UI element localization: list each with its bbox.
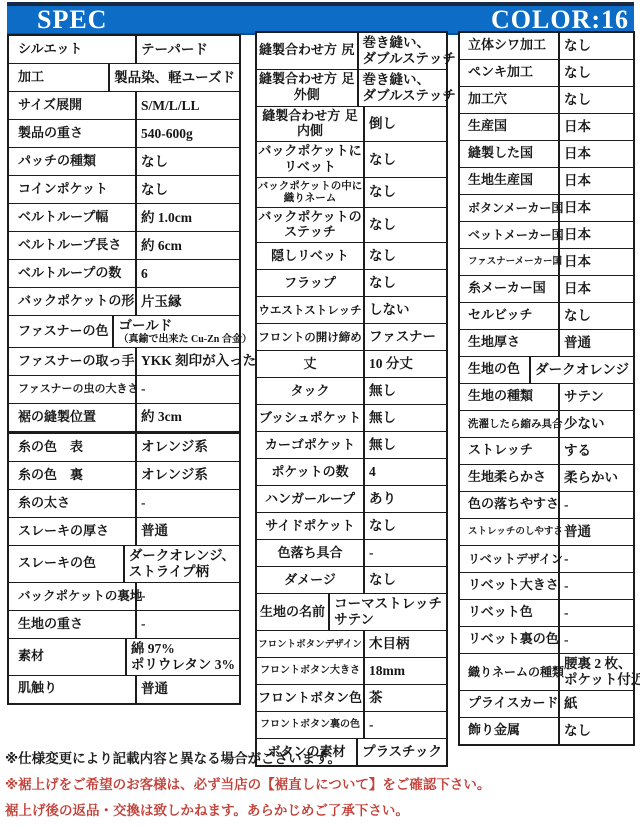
spec-label-text: ベルトループ長さ [18, 238, 121, 253]
spec-label-text: 糸メーカー国 [468, 281, 546, 296]
spec-label-text: ボタンメーカー国 [468, 201, 563, 215]
spec-label-text: フロントボタン大きさ [260, 665, 360, 677]
note-line: 裾上げ後の返品・交換は致しかねます。あらかじめご了承下さい。 [5, 803, 636, 820]
spec-value-text: - [564, 632, 569, 648]
spec-value-text: なし [369, 217, 396, 233]
spec-label: リベットデザイン [460, 546, 560, 572]
spec-label-text: プライスカード [468, 696, 558, 711]
spec-label-text: 生地の重さ [18, 617, 83, 632]
spec-value: 約 3cm [137, 404, 239, 431]
spec-label: 洗濯したら縮み具合 [460, 411, 560, 437]
spec-value: 日本 [560, 195, 633, 221]
spec-label: 生地の名前 [257, 594, 330, 630]
spec-label-text: 隠しリベット [271, 249, 349, 264]
spec-row: 加工穴なし [460, 87, 633, 114]
color-number-label: COLOR:16 [491, 7, 634, 33]
spec-value: ファスナー [365, 324, 446, 350]
spec-row: 生地生産国日本 [460, 168, 633, 195]
spec-value-text: S/M/L/LL [141, 98, 200, 114]
spec-label: フロントボタン裏の色 [257, 712, 365, 738]
spec-value-text: 540-600g [141, 126, 193, 142]
spec-value: - [365, 540, 446, 566]
spec-value-text: 茶 [369, 690, 383, 706]
spec-row: 生地の種類サテン [460, 384, 633, 411]
spec-value: なし [365, 243, 446, 269]
spec-row: 縫製した国日本 [460, 141, 633, 168]
spec-row: リベット大きさ- [460, 573, 633, 600]
spec-label: 縫製した国 [460, 141, 560, 167]
spec-label: フラップ [257, 270, 365, 296]
spec-row: 生地の重さ- [9, 611, 239, 639]
spec-value: 日本 [560, 141, 633, 167]
spec-value: なし [365, 208, 446, 243]
spec-label: ファスナーの色 [9, 316, 114, 347]
spec-label: フロントの開け締め [257, 324, 365, 350]
spec-value-text: - [564, 578, 569, 594]
spec-value-text: しない [369, 302, 410, 318]
spec-row: 織りネームの種類腰裏 2 枚、 ポケット付近 1 枚 [460, 654, 633, 691]
spec-label-text: ベルトループ幅 [18, 210, 108, 225]
spec-label: タック [257, 378, 365, 404]
spec-row: サイドポケットなし [257, 513, 446, 540]
spec-value: 日本 [560, 249, 633, 275]
spec-row: 糸の色 裏オレンジ系 [9, 462, 239, 490]
spec-label-text: サイズ展開 [18, 98, 82, 113]
spec-label: カーゴポケット [257, 432, 365, 458]
spec-row: 加工製品染、軽ユーズド [9, 64, 239, 92]
spec-value: 日本 [560, 276, 633, 302]
spec-label: 糸の太さ [9, 490, 137, 517]
spec-label-text: 丈 [303, 357, 316, 372]
spec-row: リベット裏の色- [460, 627, 633, 654]
spec-label: ダメージ [257, 567, 365, 593]
spec-label: 肌触り [9, 676, 137, 703]
spec-value-text: 紙 [564, 696, 578, 712]
spec-value-text: 普通 [141, 523, 168, 539]
spec-value-text: なし [369, 248, 396, 264]
spec-row: ファスナーの取っ手YKK 刻印が入った引手 [9, 348, 239, 376]
spec-label: 生地の重さ [9, 611, 137, 638]
spec-value-text: 木目柄 [369, 636, 410, 652]
spec-label-text: 洗濯したら縮み具合 [468, 418, 563, 430]
spec-label-text: 糸の色 表 [18, 440, 83, 455]
spec-label-text: スレーキの色 [18, 556, 96, 571]
spec-value-text: - [564, 605, 569, 621]
spec-row: ボタンメーカー国日本 [460, 195, 633, 222]
spec-label: 縫製合わせ方 足 外側 [257, 70, 359, 106]
spec-value: 普通 [137, 676, 239, 703]
spec-row: 丈10 分丈 [257, 351, 446, 378]
spec-value: あり [365, 486, 446, 512]
spec-label-text: 生地厚さ [468, 335, 520, 350]
spec-row: 糸の色 表オレンジ系 [9, 434, 239, 462]
spec-value: しない [365, 297, 446, 323]
spec-row: フロントボタン大きさ18mm [257, 658, 446, 685]
spec-value: 無し [365, 378, 446, 404]
spec-row: シルエットテーパード [9, 36, 239, 64]
spec-row: 縫製合わせ方 足 内側倒し [257, 107, 446, 143]
spec-label-text: 加工穴 [468, 92, 507, 107]
spec-label-text: パッチの種類 [18, 154, 96, 169]
spec-value-text: 腰裏 2 枚、 ポケット付近 1 枚 [564, 656, 640, 688]
spec-value: 約 6cm [137, 232, 239, 259]
spec-label: 糸メーカー国 [460, 276, 560, 302]
spec-label: バックポケットに リベット [257, 142, 365, 177]
spec-row: 生地厚さ普通 [460, 330, 633, 357]
spec-label: 加工 [9, 64, 110, 91]
spec-label-text: ベットメーカー国 [468, 228, 564, 242]
spec-row: フロントボタン裏の色- [257, 712, 446, 739]
spec-row: ストレッチのしやすさ普通 [460, 519, 633, 546]
spec-value: - [560, 546, 633, 572]
spec-value-text: - [141, 495, 146, 511]
spec-value: ダークオレンジ、 ストライプ柄 [125, 546, 239, 582]
spec-row: ファスナーの色ゴールド（真鍮で出来た Cu-Zn 合金） [9, 316, 239, 348]
spec-row: ハンガーループあり [257, 486, 446, 513]
spec-value: 少ない [560, 411, 633, 437]
spec-label-text: ダメージ [284, 573, 336, 588]
spec-row: スレーキの厚さ普通 [9, 518, 239, 546]
spec-row: 製品の重さ540-600g [9, 120, 239, 148]
spec-row: ベルトループ幅約 1.0cm [9, 204, 239, 232]
spec-value: - [560, 492, 633, 518]
spec-row: フロントボタンデザイン木目柄 [257, 631, 446, 658]
spec-row: 生地柔らかさ柔らかい [460, 465, 633, 492]
spec-label-text: リベット大きさ [468, 578, 559, 593]
spec-value-text: ダークオレンジ [535, 362, 629, 378]
spec-label-text: バックポケットの形 [18, 294, 134, 309]
spec-label-text: 縫製合わせ方 足 内側 [262, 109, 358, 140]
spec-value-text: なし [369, 184, 396, 200]
spec-value-text: なし [564, 38, 591, 54]
spec-label: 生地厚さ [460, 330, 560, 356]
spec-value-text: 無し [369, 437, 396, 453]
spec-row: 縫製合わせ方 尻巻き縫い、 ダブルステッチ [257, 33, 446, 70]
spec-row: リベット色- [460, 600, 633, 627]
spec-label-text: 製品の重さ [18, 126, 83, 141]
spec-label: ポケットの数 [257, 459, 365, 485]
spec-value-text: 倒し [369, 116, 396, 132]
spec-label: 飾り金属 [460, 718, 560, 744]
spec-value: 綿 97% ポリウレタン 3% [127, 639, 239, 675]
spec-value-text: オレンジ系 [141, 439, 208, 455]
spec-value-text: - [369, 717, 374, 733]
spec-label-text: 縫製合わせ方 足 外側 [259, 72, 355, 103]
spec-row: ファスナーメーカー国日本 [460, 249, 633, 276]
spec-label: 生産国 [460, 114, 560, 140]
spec-value: コーマストレッチ サテン [330, 594, 446, 630]
spec-label: ベルトループの数 [9, 260, 137, 287]
spec-row: タック無し [257, 378, 446, 405]
note-line: ※仕様変更により記載内容と異なる場合がございます。 [5, 751, 636, 768]
spec-label: ブッシュポケット [257, 405, 365, 431]
spec-label-text: 肌触り [18, 681, 57, 696]
spec-value: なし [560, 60, 633, 86]
spec-label-text: 縫製合わせ方 尻 [259, 43, 355, 58]
spec-row: 裾の縫製位置約 3cm [9, 404, 239, 434]
spec-value-text: あり [369, 491, 396, 507]
spec-value-text: 無し [369, 383, 396, 399]
spec-value-text: 日本 [564, 119, 591, 135]
spec-label: ファスナーメーカー国 [460, 249, 560, 275]
spec-label: リベット裏の色 [460, 627, 560, 653]
spec-value: - [137, 611, 239, 638]
spec-value-text: 普通 [564, 335, 591, 351]
spec-label-text: 生地の色 [468, 362, 520, 377]
spec-value-text: なし [564, 92, 591, 108]
spec-label-text: 生地生産国 [468, 173, 533, 188]
spec-row: バックポケットの中に 織りネームなし [257, 178, 446, 208]
spec-label: 生地の色 [460, 357, 531, 383]
spec-row: 立体シワ加工なし [460, 33, 633, 60]
spec-label: スレーキの厚さ [9, 518, 137, 545]
spec-label: ベルトループ幅 [9, 204, 137, 231]
spec-value: 普通 [560, 519, 633, 545]
spec-value: 無し [365, 432, 446, 458]
spec-value-text: オレンジ系 [141, 467, 208, 483]
spec-value: なし [137, 176, 239, 203]
spec-label-text: 織りネームの種類 [468, 665, 564, 679]
spec-value-text: 普通 [141, 681, 168, 697]
spec-row: バックポケットの裏地- [9, 583, 239, 611]
spec-value: - [137, 490, 239, 517]
spec-label: ファスナーの虫の大きさ [9, 376, 137, 403]
spec-value-text: 巻き縫い、 ダブルステッチ [363, 72, 456, 104]
spec-value: 製品染、軽ユーズド [110, 64, 239, 91]
spec-value: 6 [137, 260, 239, 287]
spec-label: バックポケットの ステッチ [257, 208, 365, 243]
spec-label-text: 加工 [18, 70, 44, 85]
spec-label: プライスカード [460, 691, 560, 717]
spec-value: - [137, 376, 239, 403]
spec-value: なし [365, 142, 446, 177]
spec-label: バックポケットの裏地 [9, 583, 137, 610]
spec-value: 日本 [560, 114, 633, 140]
spec-label-text: 生産国 [468, 119, 507, 134]
spec-value-text: なし [369, 518, 396, 534]
spec-row: 生産国日本 [460, 114, 633, 141]
spec-value-text: コーマストレッチ サテン [334, 596, 442, 628]
spec-label: リベット大きさ [460, 573, 560, 599]
spec-value-text: なし [369, 152, 396, 168]
spec-label: サイズ展開 [9, 92, 137, 119]
spec-row: 色の落ちやすさ- [460, 492, 633, 519]
spec-label-text: 飾り金属 [468, 723, 520, 738]
note-line: ※裾上げをご希望のお客様は、必ず当店の【裾直しについて】をご確認下さい。 [5, 777, 636, 794]
spec-label-text: ペンキ加工 [468, 65, 533, 80]
spec-label: 裾の縫製位置 [9, 404, 137, 431]
spec-value: する [560, 438, 633, 464]
spec-value-text: 普通 [564, 524, 591, 540]
spec-label: 丈 [257, 351, 365, 377]
spec-sheet-page: SPEC COLOR:16 シルエットテーパード加工製品染、軽ユーズドサイズ展開… [0, 0, 640, 828]
spec-value-text: - [141, 588, 146, 604]
spec-label-text: 立体シワ加工 [468, 38, 546, 53]
spec-row: コインポケットなし [9, 176, 239, 204]
spec-value-text: - [564, 551, 569, 567]
spec-label-text: リベットデザイン [468, 552, 563, 566]
spec-label: 糸の色 裏 [9, 462, 137, 489]
spec-label: 生地生産国 [460, 168, 560, 194]
spec-value: 普通 [560, 330, 633, 356]
spec-value: なし [365, 513, 446, 539]
spec-label: 加工穴 [460, 87, 560, 113]
spec-label: シルエット [9, 36, 137, 63]
spec-value-text: なし [369, 572, 396, 588]
spec-label-text: ストレッチのしやすさ [468, 526, 563, 537]
spec-label-text: コインポケット [18, 182, 108, 197]
spec-value-text: なし [141, 154, 168, 170]
spec-value: 片玉縁 [137, 288, 239, 315]
spec-label-text: フロントボタン裏の色 [260, 719, 360, 731]
spec-label: バックポケットの形 [9, 288, 137, 315]
spec-row: ポケットの数4 [257, 459, 446, 486]
spec-value: S/M/L/LL [137, 92, 239, 119]
spec-label: ベルトループ長さ [9, 232, 137, 259]
spec-value-text: - [141, 381, 146, 397]
spec-value: - [560, 573, 633, 599]
spec-label: フロントボタン色 [257, 685, 365, 711]
spec-label: ベットメーカー国 [460, 222, 560, 248]
spec-value-text: 約 6cm [141, 238, 182, 254]
spec-value: 腰裏 2 枚、 ポケット付近 1 枚 [560, 654, 640, 690]
spec-row: 縫製合わせ方 足 外側巻き縫い、 ダブルステッチ [257, 70, 446, 107]
spec-label: セルビッチ [460, 303, 560, 329]
spec-value-text: - [369, 545, 374, 561]
spec-row: バックポケットの ステッチなし [257, 208, 446, 244]
spec-label-text: ファスナーの虫の大きさ [18, 383, 139, 396]
spec-value-text: 日本 [564, 173, 591, 189]
spec-table-column-3: 立体シワ加工なしペンキ加工なし加工穴なし生産国日本縫製した国日本生地生産国日本ボ… [458, 31, 635, 746]
spec-row: 糸の太さ- [9, 490, 239, 518]
spec-label: コインポケット [9, 176, 137, 203]
spec-value: 540-600g [137, 120, 239, 147]
spec-label-text: リベット色 [468, 605, 533, 620]
spec-label-text: 色の落ちやすさ [468, 497, 559, 512]
spec-row: サイズ展開S/M/L/LL [9, 92, 239, 120]
spec-label: 色落ち具合 [257, 540, 365, 566]
spec-value-text: 柔らかい [564, 470, 618, 486]
spec-label: 素材 [9, 639, 127, 675]
spec-value: オレンジ系 [137, 462, 239, 489]
spec-label-text: ブッシュポケット [259, 411, 361, 426]
spec-value: サテン [560, 384, 633, 410]
spec-value: なし [137, 148, 239, 175]
spec-row: フロントの開け締めファスナー [257, 324, 446, 351]
spec-value-text: なし [564, 723, 591, 739]
spec-value-text: 日本 [564, 254, 591, 270]
spec-label: 立体シワ加工 [460, 33, 560, 59]
spec-label-text: リベット裏の色 [468, 632, 559, 647]
spec-label-text: フロントボタン色 [258, 691, 362, 706]
spec-row: ストレッチする [460, 438, 633, 465]
spec-row: スレーキの色ダークオレンジ、 ストライプ柄 [9, 546, 239, 583]
spec-value-text: 18mm [369, 663, 405, 679]
spec-label: 縫製合わせ方 尻 [257, 33, 359, 69]
spec-value: ダークオレンジ [531, 357, 633, 383]
spec-table-column-1: シルエットテーパード加工製品染、軽ユーズドサイズ展開S/M/L/LL製品の重さ5… [7, 34, 241, 705]
spec-label-text: サイドポケット [265, 519, 354, 534]
spec-value: 柔らかい [560, 465, 633, 491]
spec-value: ゴールド（真鍮で出来た Cu-Zn 合金） [114, 316, 255, 347]
spec-value: 普通 [137, 518, 239, 545]
spec-value: テーパード [137, 36, 239, 63]
spec-value: - [560, 627, 633, 653]
spec-value: 4 [365, 459, 446, 485]
spec-value-text: 製品染、軽ユーズド [114, 70, 235, 86]
spec-label-text: 裾の縫製位置 [18, 410, 96, 425]
spec-value: 無し [365, 405, 446, 431]
spec-value-text: ダークオレンジ、 ストライプ柄 [129, 548, 235, 580]
spec-label-text: フロントボタンデザイン [258, 639, 362, 650]
spec-row: バックポケットの形片玉縁 [9, 288, 239, 316]
spec-label-text: 糸の太さ [18, 496, 70, 511]
spec-value-text: - [564, 497, 569, 513]
spec-label-text: ファスナーの色 [18, 324, 108, 339]
spec-value-text: なし [564, 65, 591, 81]
spec-value: なし [560, 33, 633, 59]
spec-value-text: - [141, 616, 146, 632]
spec-label: 生地の種類 [460, 384, 560, 410]
spec-label: ストレッチ [460, 438, 560, 464]
spec-row: 生地の名前コーマストレッチ サテン [257, 594, 446, 631]
spec-table-column-2: 縫製合わせ方 尻巻き縫い、 ダブルステッチ縫製合わせ方 足 外側巻き縫い、 ダブ… [255, 31, 448, 767]
spec-value: 18mm [365, 658, 446, 684]
spec-value-text: なし [141, 182, 168, 198]
spec-label: サイドポケット [257, 513, 365, 539]
spec-label: 隠しリベット [257, 243, 365, 269]
spec-row: ファスナーの虫の大きさ- [9, 376, 239, 404]
spec-label: ファスナーの取っ手 [9, 348, 137, 375]
spec-label: ストレッチのしやすさ [460, 519, 560, 545]
spec-label-text: 生地の名前 [260, 605, 325, 620]
spec-value-text: ゴールド [118, 318, 172, 334]
spec-value: 日本 [560, 168, 633, 194]
spec-value-text: 日本 [564, 146, 591, 162]
spec-value: なし [365, 567, 446, 593]
spec-row: ベルトループ長さ約 6cm [9, 232, 239, 260]
spec-value-text: なし [564, 308, 591, 324]
spec-label: 糸の色 表 [9, 434, 137, 461]
spec-row: 生地の色ダークオレンジ [460, 357, 633, 384]
spec-label-text: ポケットの数 [271, 465, 348, 480]
spec-row: カーゴポケット無し [257, 432, 446, 459]
spec-label-text: スレーキの厚さ [18, 524, 109, 539]
spec-label-text: バックポケットの中に 織りネーム [258, 180, 362, 205]
spec-value-text: する [564, 443, 591, 459]
spec-value-text: なし [369, 275, 396, 291]
spec-value-text: 日本 [564, 227, 591, 243]
spec-value-subtext: （真鍮で出来た Cu-Zn 合金） [118, 334, 251, 345]
spec-value: - [560, 600, 633, 626]
spec-value: オレンジ系 [137, 434, 239, 461]
spec-label: ウエストストレッチ [257, 297, 365, 323]
spec-label: フロントボタン大きさ [257, 658, 365, 684]
spec-value: - [137, 583, 239, 610]
spec-label-text: タック [290, 384, 329, 399]
spec-value: 茶 [365, 685, 446, 711]
spec-row: ベットメーカー国日本 [460, 222, 633, 249]
spec-label: ハンガーループ [257, 486, 365, 512]
spec-value: 巻き縫い、 ダブルステッチ [359, 70, 460, 106]
spec-value-text: 6 [141, 266, 148, 282]
spec-label-text: 生地の種類 [468, 389, 533, 404]
spec-label-text: 縫製した国 [468, 146, 533, 161]
spec-label-text: シルエット [18, 42, 82, 57]
spec-label-text: バックポケットに リベット [258, 144, 361, 175]
spec-row: バックポケットに リベットなし [257, 142, 446, 178]
spec-title: SPEC [7, 7, 107, 33]
